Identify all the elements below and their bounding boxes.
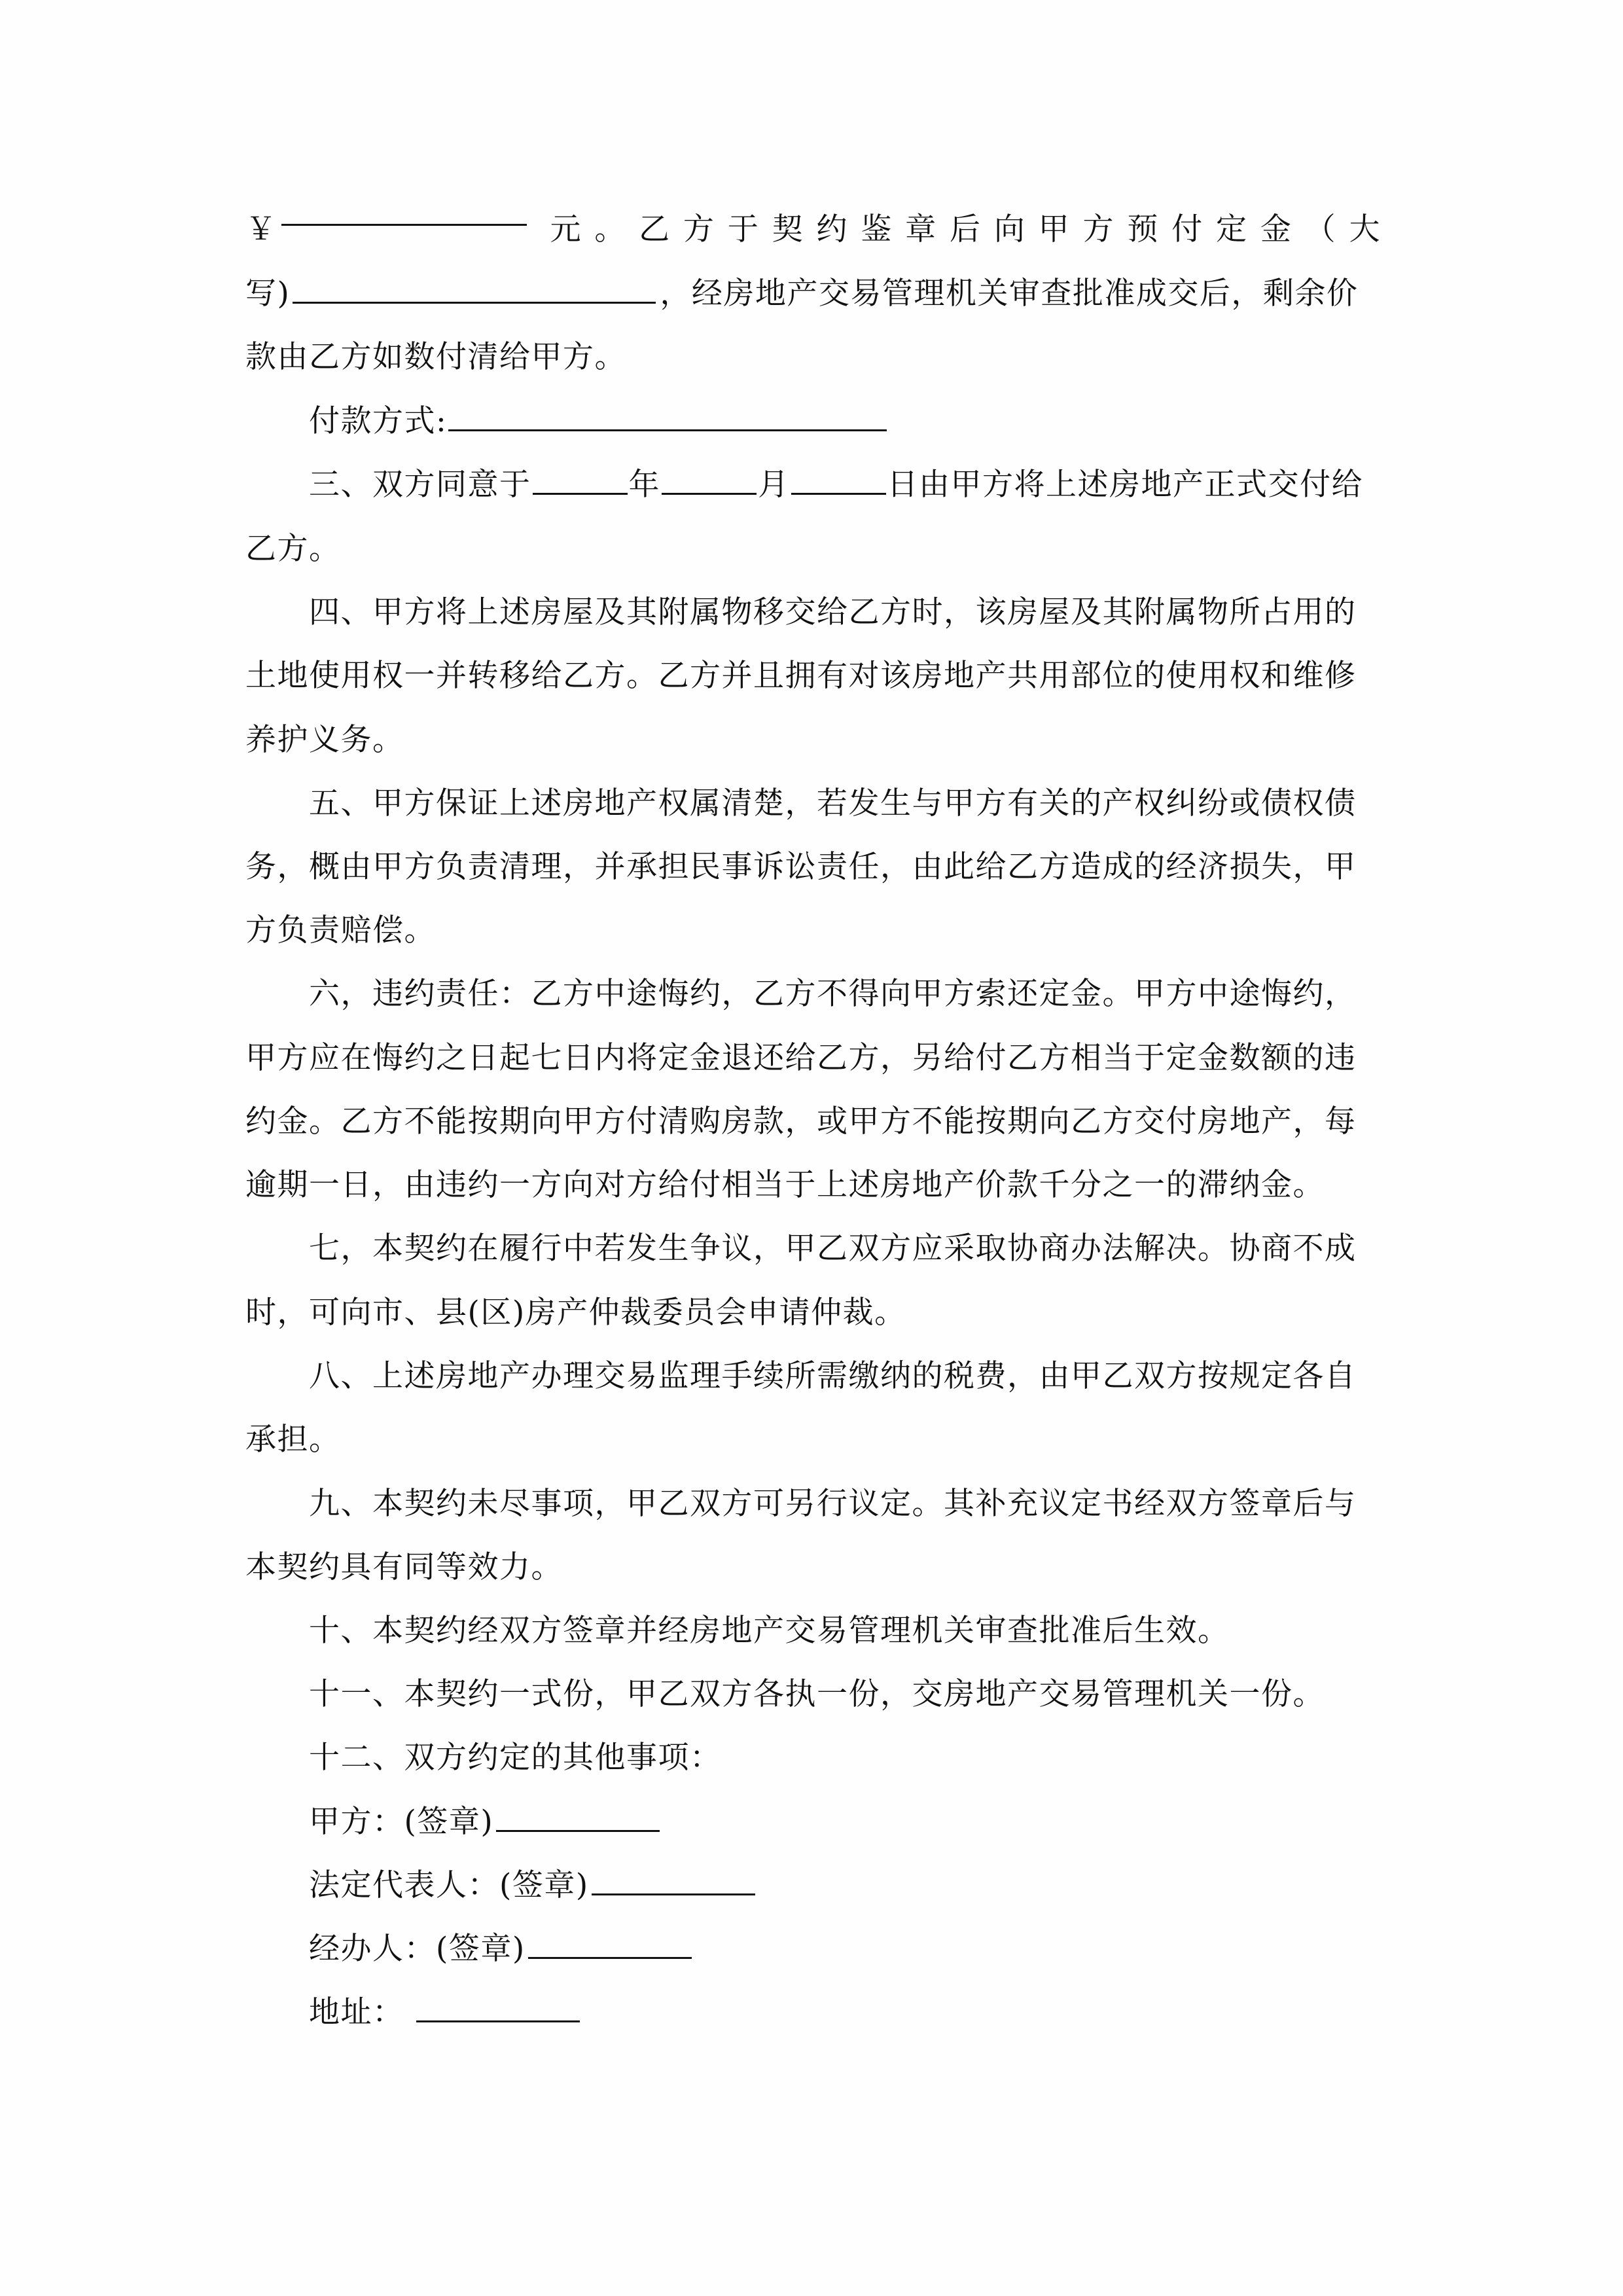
signature-address: 地址：: [309, 1981, 1381, 2045]
clause-4-line-1: 四、甲方将上述房屋及其附属物移交给乙方时，该房屋及其附属物所占用的: [309, 581, 1381, 645]
clause-9-line-2: 本契约具有同等效力。: [245, 1535, 1381, 1600]
clause-5-line-1: 五、甲方保证上述房地产权属清楚，若发生与甲方有关的产权纠纷或债权债: [309, 772, 1381, 836]
clause-10: 十、本契约经双方签章并经房地产交易管理机关审查批准后生效。: [309, 1599, 1381, 1663]
month-label: 月: [758, 453, 790, 517]
signature-party-a: 甲方：(签章): [309, 1790, 1381, 1854]
clause-4-line-3: 养护义务。: [245, 708, 1381, 772]
payment-method-line: 付款方式:: [309, 389, 1381, 454]
remainder-line: 款由乙方如数付清给甲方。: [245, 325, 1381, 389]
clause-3-line-2: 乙方。: [245, 517, 1381, 581]
payment-method-label: 付款方式:: [309, 389, 447, 454]
legal-rep-signature-blank[interactable]: [592, 1867, 755, 1895]
clause-7-line-1: 七，本契约在履行中若发生争议，甲乙双方应采取协商办法解决。协商不成: [309, 1217, 1381, 1281]
clause-6-line-3: 约金。乙方不能按期向甲方付清购房款，或甲方不能按期向乙方交付房地产，每: [245, 1090, 1381, 1154]
clause-8-line-1: 八、上述房地产办理交易监理手续所需缴纳的税费，由甲乙双方按规定各自: [309, 1344, 1381, 1408]
address-blank[interactable]: [416, 1994, 580, 2022]
clause-5-line-2: 务，概由甲方负责清理，并承担民事诉讼责任，由此给乙方造成的经济损失，甲: [245, 835, 1381, 899]
clause-4-line-2: 土地使用权一并转移给乙方。乙方并且拥有对该房地产共用部位的使用权和维修: [245, 644, 1381, 708]
legal-rep-label: 法定代表人：(签章): [309, 1854, 589, 1918]
clause-11: 十一、本契约一式份，甲乙双方各执一份，交房地产交易管理机关一份。: [309, 1662, 1381, 1727]
price-line: ￥ 元。乙方于契约鉴章后向甲方预付定金（大: [245, 198, 1381, 262]
clause-7-line-2: 时，可向市、县(区)房产仲裁委员会申请仲裁。: [245, 1281, 1381, 1345]
year-blank[interactable]: [533, 467, 628, 495]
price-amount-blank[interactable]: [281, 198, 527, 226]
clause-3-suffix: 日由甲方将上述房地产正式交付给: [887, 453, 1364, 517]
party-a-signature-blank[interactable]: [496, 1804, 660, 1832]
clause-8-line-2: 承担。: [245, 1408, 1381, 1472]
party-a-label: 甲方：(签章): [309, 1790, 493, 1854]
clause-9-line-1: 九、本契约未尽事项，甲乙双方可另行议定。其补充议定书经双方签章后与: [309, 1472, 1381, 1536]
clause-12: 十二、双方约定的其他事项：: [309, 1726, 1381, 1790]
price-unit-text: 元。乙方于契约鉴章后向甲方预付定金（大: [531, 198, 1382, 262]
day-blank[interactable]: [791, 467, 886, 495]
clause-3-prefix: 三、双方同意于: [309, 453, 531, 517]
agent-signature-blank[interactable]: [528, 1931, 692, 1959]
deposit-prefix: 写): [245, 262, 290, 326]
currency-symbol: ￥: [245, 198, 277, 262]
clause-6-line-4: 逾期一日，由违约一方向对方给付相当于上述房地产价款千分之一的滞纳金。: [245, 1153, 1381, 1217]
clause-6-line-1: 六，违约责任：乙方中途悔约，乙方不得向甲方索还定金。甲方中途悔约，: [309, 962, 1381, 1026]
signature-agent: 经办人：(签章): [309, 1917, 1381, 1981]
document-page: ￥ 元。乙方于契约鉴章后向甲方预付定金（大 写)，经房地产交易管理机关审查批准成…: [0, 0, 1623, 2296]
signature-legal-rep: 法定代表人：(签章): [309, 1854, 1381, 1918]
deposit-line: 写)，经房地产交易管理机关审查批准成交后，剩余价: [245, 262, 1381, 326]
deposit-suffix: ，经房地产交易管理机关审查批准成交后，剩余价: [660, 262, 1358, 326]
payment-method-blank[interactable]: [448, 403, 887, 431]
clause-3-line-1: 三、双方同意于年月日由甲方将上述房地产正式交付给: [309, 453, 1381, 517]
clause-5-line-3: 方负责赔偿。: [245, 899, 1381, 963]
year-label: 年: [629, 453, 661, 517]
deposit-amount-blank[interactable]: [293, 276, 656, 304]
clause-6-line-2: 甲方应在悔约之日起七日内将定金退还给乙方，另给付乙方相当于定金数额的违: [245, 1026, 1381, 1090]
month-blank[interactable]: [662, 467, 757, 495]
address-label: 地址：: [309, 1981, 404, 2045]
agent-label: 经办人：(签章): [309, 1917, 526, 1981]
